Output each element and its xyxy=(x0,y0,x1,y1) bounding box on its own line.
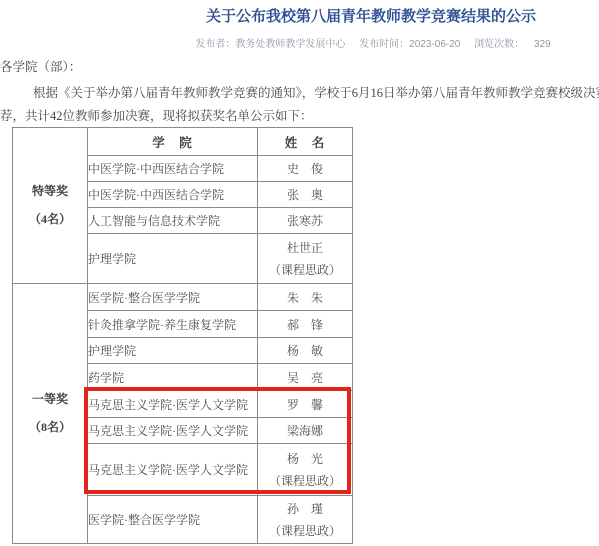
announcement-page: 关于公布我校第八届青年教师教学竞赛结果的公示 发布者：教务处教师教学发展中心 发… xyxy=(0,0,599,546)
name-cell: 梁海娜 xyxy=(258,418,353,444)
name-cell: 吴 亮 xyxy=(258,364,353,391)
name-text: 杜世正 xyxy=(258,237,352,259)
publisher-text: 发布者：教务处教师教学发展中心 xyxy=(195,39,345,50)
table-header-row: 特等奖 （4名） 学 院 姓 名 xyxy=(13,128,353,156)
college-cell: 中医学院·中西医结合学院 xyxy=(88,156,258,182)
award-group-count: （4名） xyxy=(13,212,87,227)
award-group-cell-first: 一等奖 （8名） xyxy=(13,284,88,544)
college-cell: 马克思主义学院·医学人文学院 xyxy=(88,418,258,444)
page-title: 关于公布我校第八届青年教师教学竞赛结果的公示 xyxy=(206,5,536,26)
award-group-title: 一等奖 xyxy=(13,392,87,407)
views-count: 329 xyxy=(534,39,551,50)
name-text: 杨 光 xyxy=(258,448,352,470)
views-label: 浏览次数： xyxy=(474,39,524,50)
name-cell: 朱 朱 xyxy=(258,284,353,311)
name-cell: 杜世正 （课程思政） xyxy=(258,234,353,284)
salutation-text: 各学院（部）： xyxy=(0,57,81,75)
college-cell: 中医学院·中西医结合学院 xyxy=(88,182,258,208)
college-cell: 医学院·整合医学学院 xyxy=(88,496,258,544)
table-row: 一等奖 （8名） 医学院·整合医学学院 朱 朱 xyxy=(13,284,353,311)
award-group-title: 特等奖 xyxy=(13,184,87,199)
awards-table: 特等奖 （4名） 学 院 姓 名 中医学院·中西医结合学院 史 俊 中医学院·中… xyxy=(12,127,353,544)
name-cell: 孙 瑾 （课程思政） xyxy=(258,496,353,544)
college-cell: 护理学院 xyxy=(88,234,258,284)
college-cell: 护理学院 xyxy=(88,338,258,364)
award-group-count: （8名） xyxy=(13,420,87,435)
name-note: （课程思政） xyxy=(258,470,352,492)
column-header-college: 学 院 xyxy=(88,128,258,156)
college-cell: 药学院 xyxy=(88,364,258,391)
college-cell: 医学院·整合医学学院 xyxy=(88,284,258,311)
college-cell: 人工智能与信息技术学院 xyxy=(88,208,258,234)
name-note: （课程思政） xyxy=(258,259,352,281)
name-cell: 杨 敏 xyxy=(258,338,353,364)
name-cell: 罗 馨 xyxy=(258,391,353,418)
name-cell: 史 俊 xyxy=(258,156,353,182)
college-cell: 针灸推拿学院·养生康复学院 xyxy=(88,311,258,338)
college-cell: 马克思主义学院·医学人文学院 xyxy=(88,391,258,418)
column-header-name: 姓 名 xyxy=(258,128,353,156)
paragraph-line-1: 根据《关于举办第八届青年教师教学竞赛的通知》，学校于6月16日举办第八届青年教师… xyxy=(33,83,599,101)
college-cell: 马克思主义学院·医学人文学院 xyxy=(88,444,258,496)
name-cell: 张 奥 xyxy=(258,182,353,208)
name-cell: 郝 锋 xyxy=(258,311,353,338)
publish-meta: 发布者：教务处教师教学发展中心 发布时间：2023-06-20 浏览次数： 32… xyxy=(195,35,550,50)
name-cell: 杨 光 （课程思政） xyxy=(258,444,353,496)
paragraph-line-2: 荐，共计42位教师参加决赛，现将拟获奖名单公示如下： xyxy=(0,106,313,124)
name-text: 孙 瑾 xyxy=(258,498,352,520)
name-note: （课程思政） xyxy=(258,520,352,542)
award-group-cell-special: 特等奖 （4名） xyxy=(13,128,88,284)
publish-time-text: 发布时间：2023-06-20 xyxy=(359,39,460,50)
name-cell: 张寒苏 xyxy=(258,208,353,234)
